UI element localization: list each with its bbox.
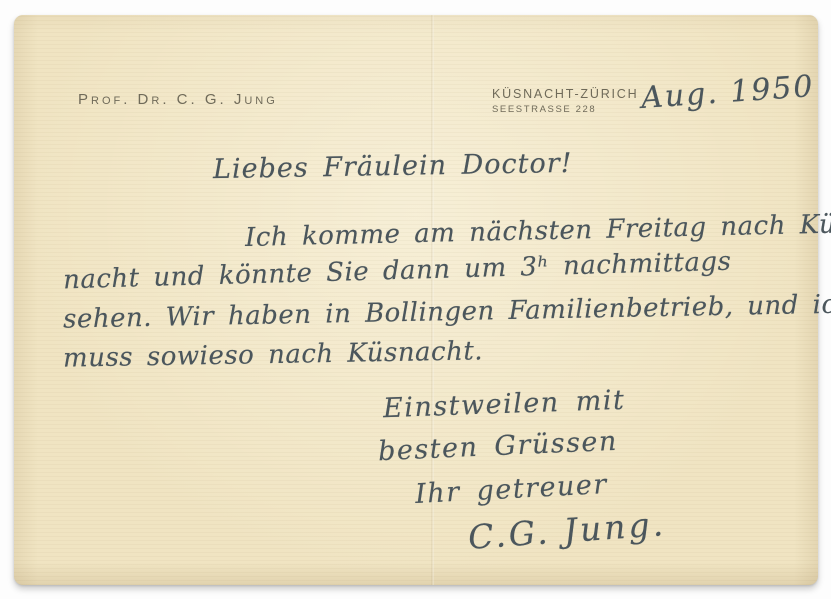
- letterhead-name: Prof. Dr. C. G. Jung: [78, 91, 278, 108]
- salutation: Liebes Fräulein Doctor!: [213, 148, 573, 185]
- letterhead-address-block: KÜSNACHT-ZÜRICH SEESTRASSE 228: [492, 87, 638, 115]
- letterhead-street: SEESTRASSE 228: [492, 104, 638, 115]
- body-line: muss sowieso nach Küsnacht.: [63, 336, 484, 373]
- body-line: Ich komme am nächsten Freitag nach Küs-: [245, 209, 831, 253]
- letterhead-city: KÜSNACHT-ZÜRICH: [492, 87, 638, 101]
- closing-line: Einstweilen mit: [383, 385, 626, 424]
- closing-line: besten Grüssen: [377, 426, 618, 467]
- photo-backdrop: Prof. Dr. C. G. Jung KÜSNACHT-ZÜRICH SEE…: [0, 0, 831, 599]
- letter-paper: Prof. Dr. C. G. Jung KÜSNACHT-ZÜRICH SEE…: [14, 15, 818, 585]
- body-line: nacht und könnte Sie dann um 3ʰ nachmitt…: [63, 247, 732, 296]
- handwritten-date: Aug. 1950: [640, 69, 816, 116]
- closing-line: Ihr getreuer: [414, 469, 608, 510]
- body-line: sehen. Wir haben in Bollingen Familienbe…: [63, 289, 831, 334]
- signature: C.G. Jung.: [467, 504, 667, 557]
